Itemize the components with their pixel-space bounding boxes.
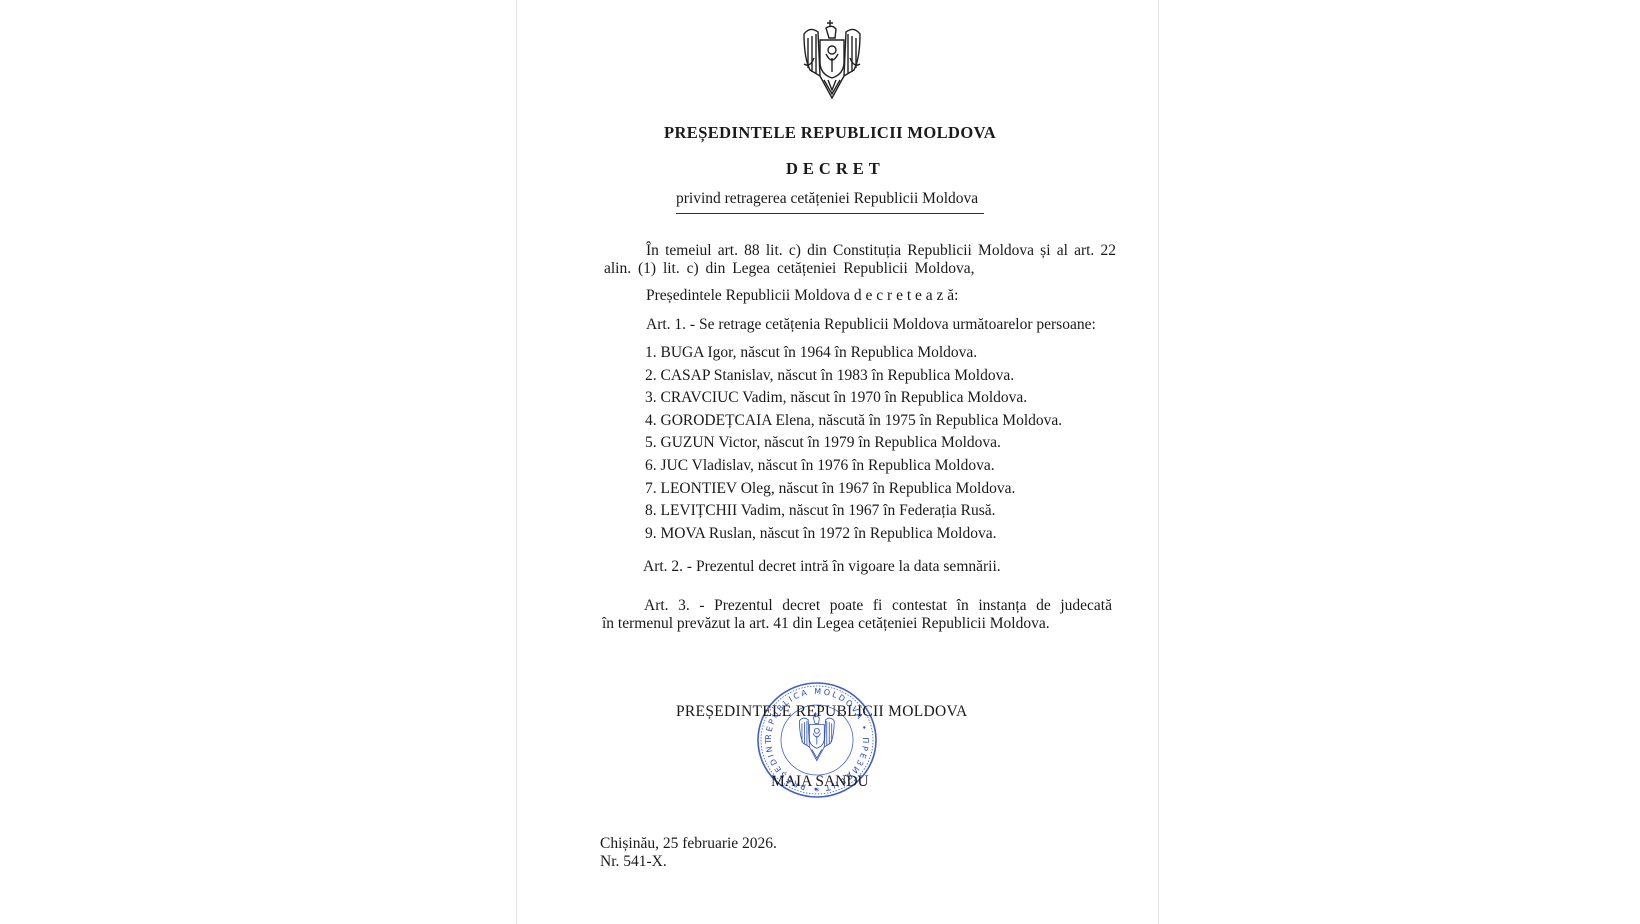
place-and-date-block: Chișinău, 25 februarie 2026. Nr. 541-X.: [600, 835, 777, 871]
preamble: În temeiul art. 88 lit. c) din Constituț…: [604, 242, 1116, 278]
article-1: Art. 1. - Se retrage cetățenia Republici…: [646, 316, 1096, 334]
persons-list: 1. BUGA Igor, născut în 1964 în Republic…: [645, 342, 1062, 545]
moldova-coat-of-arms-icon: [800, 18, 864, 100]
list-item: 8. LEVIȚCHII Vadim, născut în 1967 în Fe…: [645, 500, 1062, 523]
list-item: 4. GORODEȚCAIA Elena, născută în 1975 în…: [645, 410, 1062, 433]
list-item: 3. CRAVCIUC Vadim, născut în 1970 în Rep…: [645, 387, 1062, 410]
article-3: Art. 3. - Prezentul decret poate fi cont…: [602, 597, 1112, 633]
list-item: 7. LEONTIEV Oleg, născut în 1967 în Repu…: [645, 478, 1062, 501]
issuer-heading: PREȘEDINTELE REPUBLICII MOLDOVA: [664, 123, 996, 143]
preamble-line-2: alin. (1) lit. c) din Legea cetățeniei R…: [604, 260, 1116, 278]
list-item: 5. GUZUN Victor, născut în 1979 în Repub…: [645, 432, 1062, 455]
list-item: 1. BUGA Igor, născut în 1964 în Republic…: [645, 342, 1062, 365]
list-item: 6. JUC Vladislav, născut în 1976 în Repu…: [645, 455, 1062, 478]
signatory-title: PREȘEDINTELE REPUBLICII MOLDOVA: [676, 703, 967, 721]
subject-underline: [676, 213, 984, 214]
document-type-heading: DECRET: [786, 159, 885, 179]
article-2: Art. 2. - Prezentul decret intră în vigo…: [643, 558, 1001, 576]
list-item: 9. MOVA Ruslan, născut în 1972 în Republ…: [645, 523, 1062, 546]
decree-subject: privind retragerea cetățeniei Republicii…: [676, 190, 978, 208]
page-right-edge: [1158, 0, 1159, 924]
place-date: Chișinău, 25 februarie 2026.: [600, 835, 777, 853]
list-item: 2. CASAP Stanislav, născut în 1983 în Re…: [645, 365, 1062, 388]
preamble-line-1: În temeiul art. 88 lit. c) din Constituț…: [604, 242, 1116, 260]
decree-number: Nr. 541-X.: [600, 853, 777, 871]
signatory-name: MAIA SANDU: [771, 773, 869, 791]
article-3-line-1: Art. 3. - Prezentul decret poate fi cont…: [602, 597, 1112, 615]
page-left-edge: [516, 0, 517, 924]
decree-statement: Președintele Republicii Moldova d e c r …: [646, 287, 958, 305]
article-3-line-2: în termenul prevăzut la art. 41 din Lege…: [602, 615, 1112, 633]
